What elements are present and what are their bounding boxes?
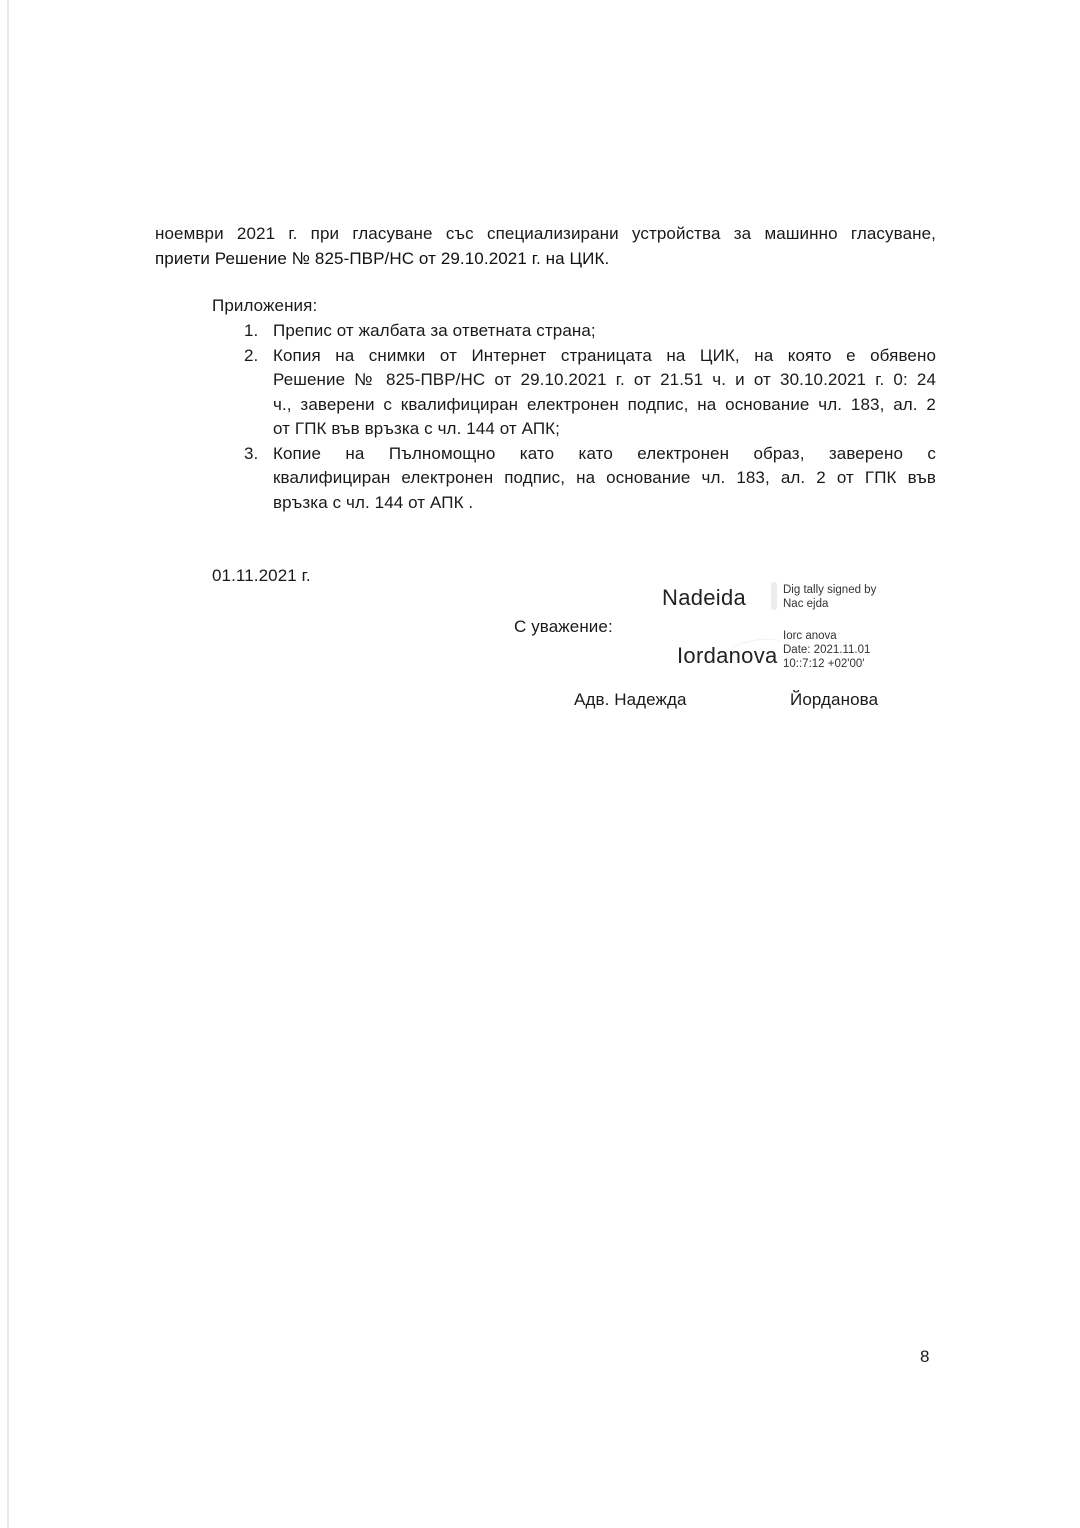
signature-first-name: Nadeida <box>662 585 746 611</box>
attachment-item: 1. Препис от жалбата за ответната страна… <box>244 319 936 344</box>
attachment-number: 2. <box>244 344 258 369</box>
paragraph-line: ноември 2021 г. при гласуване със специа… <box>155 222 936 247</box>
attachment-line: Копие на Пълномощно като като електронен… <box>273 442 936 467</box>
signature-detail-line: 10::7:12 +02'00' <box>783 657 870 671</box>
signature-last-name: Iordanova <box>677 643 778 669</box>
signature-details-bottom: Iorc anova Date: 2021.11.01 10::7:12 +02… <box>783 629 870 671</box>
attachment-line: връзка с чл. 144 от АПК . <box>273 491 936 516</box>
attachments-title: Приложения: <box>212 294 317 319</box>
signature-details-top: Dig tally signed by Nac ejda <box>783 583 876 611</box>
signature-detail-line: Nac ejda <box>783 597 876 611</box>
attachment-number: 3. <box>244 442 258 467</box>
signature-detail-line: Date: 2021.11.01 <box>783 643 870 657</box>
attachment-line: Решение № 825-ПВР/НС от 29.10.2021 г. от… <box>273 368 936 393</box>
attachment-line: Препис от жалбата за ответната страна; <box>273 319 936 344</box>
attachment-line: от ГПК във връзка с чл. 144 от АПК; <box>273 417 936 442</box>
attachment-item: 3. Копие на Пълномощно като като електро… <box>244 442 936 516</box>
regards-label: С уважение: <box>514 615 613 640</box>
attachment-line: квалифициран електронен подпис, на основ… <box>273 466 936 491</box>
signature-detail-line: Dig tally signed by <box>783 583 876 597</box>
attachment-line: Копия на снимки от Интернет страницата н… <box>273 344 936 369</box>
signer-prefix: Адв. Надежда <box>574 690 687 709</box>
closing-paragraph: ноември 2021 г. при гласуване със специа… <box>155 222 936 271</box>
attachment-line: ч., заверени с квалифициран електронен п… <box>273 393 936 418</box>
scan-edge-line <box>7 0 9 1528</box>
attachment-number: 1. <box>244 319 258 344</box>
signer-surname: Йорданова <box>790 688 878 713</box>
signature-stamp-mark <box>771 582 777 610</box>
signer-name: Адв. Надежда Йорданова <box>574 688 687 713</box>
attachments-list: 1. Препис от жалбата за ответната страна… <box>244 319 936 515</box>
document-date: 01.11.2021 г. <box>212 564 311 589</box>
page-number: 8 <box>920 1347 929 1367</box>
signature-detail-line: Iorc anova <box>783 629 870 643</box>
paragraph-line: приети Решение № 825-ПВР/НС от 29.10.202… <box>155 247 936 272</box>
attachment-item: 2. Копия на снимки от Интернет страницат… <box>244 344 936 442</box>
